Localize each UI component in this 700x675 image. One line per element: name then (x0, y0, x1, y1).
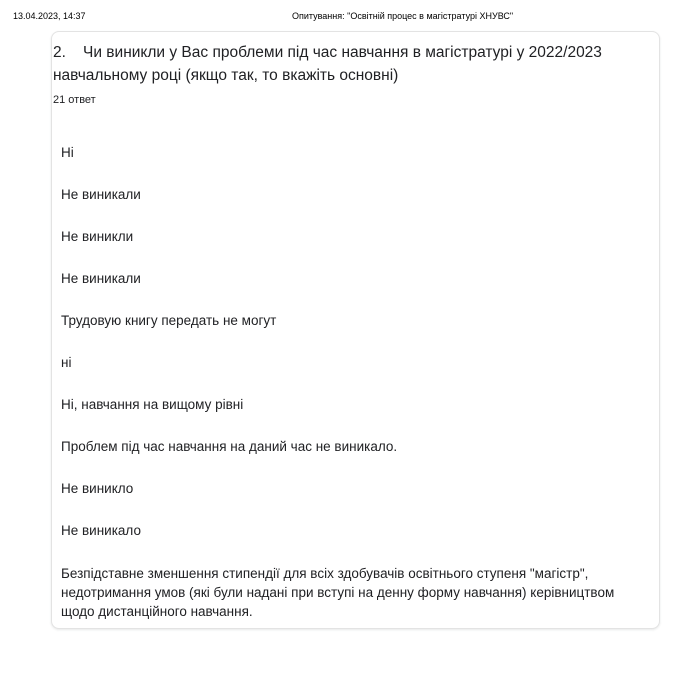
question-card: 2.Чи виникли у Вас проблеми під час навч… (51, 31, 660, 629)
answer-item: ні (61, 354, 651, 396)
print-datetime: 13.04.2023, 14:37 (13, 11, 86, 21)
answer-list: Ні Не виникали Не виникли Не виникали Тр… (61, 144, 651, 621)
answer-item: Не виникали (61, 270, 651, 312)
print-header: 13.04.2023, 14:37 Опитування: "Освітній … (0, 11, 700, 25)
answer-item: Не виникли (61, 228, 651, 270)
survey-title: Опитування: "Освітній процес в магістрат… (292, 11, 513, 21)
answer-item: Проблем під час навчання на даний час не… (61, 438, 651, 480)
answer-item: Не виникло (61, 480, 651, 522)
answer-item: Безпідставне зменшення стипендії для всі… (61, 564, 651, 621)
answer-item: Не виникали (61, 186, 651, 228)
response-count: 21 ответ (53, 94, 96, 106)
question-title: 2.Чи виникли у Вас проблеми під час навч… (53, 41, 633, 87)
question-text: Чи виникли у Вас проблеми під час навчан… (53, 44, 602, 84)
answer-item: Трудовую книгу передать не могут (61, 312, 651, 354)
answer-item: Не виникало (61, 522, 651, 564)
question-number: 2. (53, 41, 83, 64)
answer-item: Ні (61, 144, 651, 186)
answer-item: Ні, навчання на вищому рівні (61, 396, 651, 438)
